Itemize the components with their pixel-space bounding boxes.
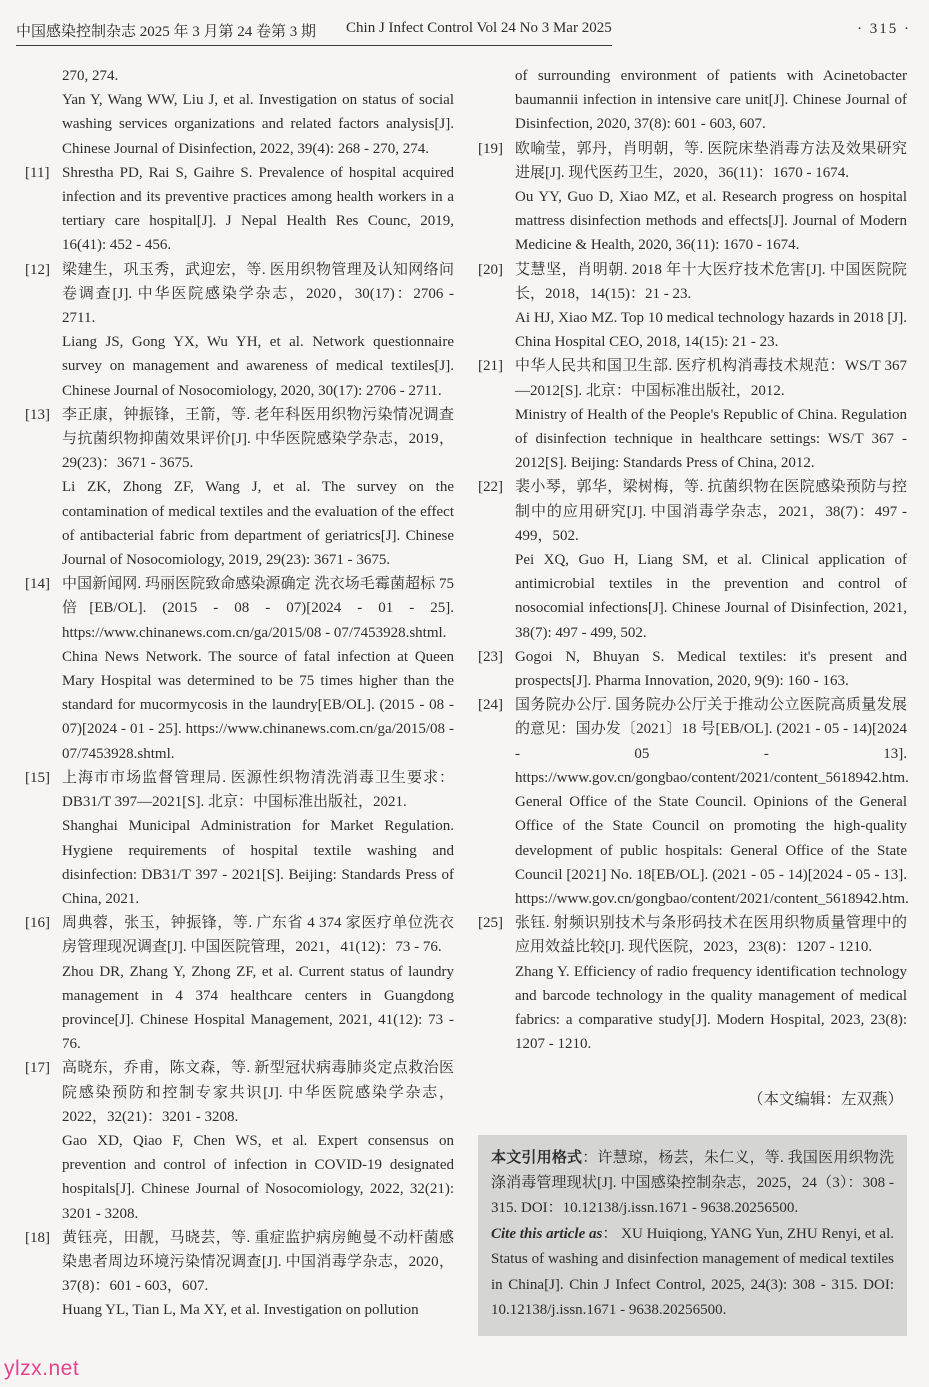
right-column-refs: of surrounding environment of patients w… — [478, 64, 907, 1056]
reference-text: 上海市市场监督管理局. 医源性织物清洗消毒卫生要求：DB31/T 397—202… — [62, 766, 454, 814]
reference-item: [21]中华人民共和国卫生部. 医疗机构消毒技术规范：WS/T 367—2012… — [478, 354, 907, 475]
reference-text: 张钰. 射频识别技术与条形码技术在医用织物质量管理中的应用效益比较[J]. 现代… — [515, 911, 907, 959]
reference-body: 欧喻莹，郭丹，肖明朝，等. 医院床垫消毒方法及效果研究进展[J]. 现代医药卫生… — [515, 137, 907, 258]
reference-body: 中国新闻网. 玛丽医院致命感染源确定 洗衣场毛霉菌超标 75 倍[EB/OL].… — [62, 572, 454, 766]
reference-columns: 270, 274.Yan Y, Wang WW, Liu J, et al. I… — [25, 64, 907, 1336]
reference-item: 270, 274.Yan Y, Wang WW, Liu J, et al. I… — [25, 64, 454, 161]
reference-text: Li ZK, Zhong ZF, Wang J, et al. The surv… — [62, 475, 454, 572]
left-column: 270, 274.Yan Y, Wang WW, Liu J, et al. I… — [25, 64, 454, 1336]
reference-text: 裴小琴，郭华，梁树梅，等. 抗菌织物在医院感染预防与控制中的应用研究[J]. 中… — [515, 475, 907, 548]
site-watermark: ylzx.net — [4, 1357, 79, 1381]
reference-number: [21] — [478, 354, 515, 475]
reference-number: [13] — [25, 403, 62, 572]
reference-text: 270, 274. — [62, 64, 454, 88]
reference-body: 周典蓉，张玉，钟振锋，等. 广东省 4 374 家医疗单位洗衣房管理现况调查[J… — [62, 911, 454, 1056]
reference-text: 周典蓉，张玉，钟振锋，等. 广东省 4 374 家医疗单位洗衣房管理现况调查[J… — [62, 911, 454, 959]
reference-item: [17]高晓东，乔甫，陈文森，等. 新型冠状病毒肺炎定点救治医院感染预防和控制专… — [25, 1056, 454, 1225]
reference-text: Zhou DR, Zhang Y, Zhong ZF, et al. Curre… — [62, 960, 454, 1057]
reference-number: [11] — [25, 161, 62, 258]
reference-item: [23]Gogoi N, Bhuyan S. Medical textiles:… — [478, 645, 907, 693]
reference-item: [13]李正康，钟振锋，王箭，等. 老年科医用织物污染情况调查与抗菌织物抑菌效果… — [25, 403, 454, 572]
reference-number: [25] — [478, 911, 515, 1056]
reference-item: [24]国务院办公厅. 国务院办公厅关于推动公立医院高质量发展的意见：国办发〔2… — [478, 693, 907, 911]
reference-item: [22]裴小琴，郭华，梁树梅，等. 抗菌织物在医院感染预防与控制中的应用研究[J… — [478, 475, 907, 644]
reference-item: [18]黄钰亮，田靓，马晓芸，等. 重症监护病房鲍曼不动杆菌感染患者周边环境污染… — [25, 1226, 454, 1323]
reference-number: [20] — [478, 258, 515, 355]
reference-number — [25, 64, 62, 161]
reference-text: 高晓东，乔甫，陈文森，等. 新型冠状病毒肺炎定点救治医院感染预防和控制专家共识[… — [62, 1056, 454, 1129]
reference-item: [19]欧喻莹，郭丹，肖明朝，等. 医院床垫消毒方法及效果研究进展[J]. 现代… — [478, 137, 907, 258]
reference-item: [16]周典蓉，张玉，钟振锋，等. 广东省 4 374 家医疗单位洗衣房管理现况… — [25, 911, 454, 1056]
reference-body: 裴小琴，郭华，梁树梅，等. 抗菌织物在医院感染预防与控制中的应用研究[J]. 中… — [515, 475, 907, 644]
reference-number: [19] — [478, 137, 515, 258]
reference-number: [22] — [478, 475, 515, 644]
journal-title-en: Chin J Infect Control Vol 24 No 3 Mar 20… — [346, 20, 612, 41]
reference-text: Shanghai Municipal Administration for Ma… — [62, 814, 454, 911]
reference-body: 艾慧坚，肖明朝. 2018 年十大医疗技术危害[J]. 中国医院院长，2018，… — [515, 258, 907, 355]
running-head: 中国感染控制杂志 2025 年 3 月第 24 卷第 3 期 Chin J In… — [16, 20, 612, 46]
reference-text: Ai HJ, Xiao MZ. Top 10 medical technolog… — [515, 306, 907, 354]
reference-number: [18] — [25, 1226, 62, 1323]
reference-text: Ministry of Health of the People's Repub… — [515, 403, 907, 476]
reference-text: Ou YY, Guo D, Xiao MZ, et al. Research p… — [515, 185, 907, 258]
editor-note: （本文编辑：左双燕） — [478, 1088, 907, 1112]
citation-en: Cite this article as： XU Huiqiong, YANG … — [491, 1222, 894, 1324]
citation-cn: 本文引用格式：许慧琼，杨芸，朱仁义，等. 我国医用织物洗涤消毒管理现状[J]. … — [491, 1146, 894, 1222]
reference-text: 中国新闻网. 玛丽医院致命感染源确定 洗衣场毛霉菌超标 75 倍[EB/OL].… — [62, 572, 454, 645]
citation-cn-label: 本文引用格式 — [491, 1150, 582, 1166]
reference-text: Zhang Y. Efficiency of radio frequency i… — [515, 960, 907, 1057]
reference-body: Gogoi N, Bhuyan S. Medical textiles: it'… — [515, 645, 907, 693]
reference-text: China News Network. The source of fatal … — [62, 645, 454, 766]
reference-body: of surrounding environment of patients w… — [515, 64, 907, 137]
reference-text: of surrounding environment of patients w… — [515, 64, 907, 137]
page-number: · 315 · — [857, 20, 911, 38]
reference-number: [14] — [25, 572, 62, 766]
reference-number: [15] — [25, 766, 62, 911]
reference-item: [15]上海市市场监督管理局. 医源性织物清洗消毒卫生要求：DB31/T 397… — [25, 766, 454, 911]
reference-number: [23] — [478, 645, 515, 693]
reference-text: Huang YL, Tian L, Ma XY, et al. Investig… — [62, 1298, 454, 1322]
citation-box: 本文引用格式：许慧琼，杨芸，朱仁义，等. 我国医用织物洗涤消毒管理现状[J]. … — [478, 1135, 907, 1337]
reference-body: 270, 274.Yan Y, Wang WW, Liu J, et al. I… — [62, 64, 454, 161]
reference-text: 艾慧坚，肖明朝. 2018 年十大医疗技术危害[J]. 中国医院院长，2018，… — [515, 258, 907, 306]
reference-text: Pei XQ, Guo H, Liang SM, et al. Clinical… — [515, 548, 907, 645]
journal-title-cn: 中国感染控制杂志 2025 年 3 月第 24 卷第 3 期 — [16, 20, 316, 41]
reference-body: 梁建生，巩玉秀，武迎宏，等. 医用织物管理及认知网络问卷调查[J]. 中华医院感… — [62, 258, 454, 403]
reference-body: 李正康，钟振锋，王箭，等. 老年科医用织物污染情况调查与抗菌织物抑菌效果评价[J… — [62, 403, 454, 572]
reference-body: 张钰. 射频识别技术与条形码技术在医用织物质量管理中的应用效益比较[J]. 现代… — [515, 911, 907, 1056]
reference-body: 上海市市场监督管理局. 医源性织物清洗消毒卫生要求：DB31/T 397—202… — [62, 766, 454, 911]
reference-body: 国务院办公厅. 国务院办公厅关于推动公立医院高质量发展的意见：国办发〔2021〕… — [515, 693, 907, 911]
page-header: 中国感染控制杂志 2025 年 3 月第 24 卷第 3 期 Chin J In… — [16, 20, 911, 46]
reference-body: 中华人民共和国卫生部. 医疗机构消毒技术规范：WS/T 367—2012[S].… — [515, 354, 907, 475]
journal-page: 中国感染控制杂志 2025 年 3 月第 24 卷第 3 期 Chin J In… — [0, 0, 929, 1387]
reference-text: Shrestha PD, Rai S, Gaihre S. Prevalence… — [62, 161, 454, 258]
reference-text: Gao XD, Qiao F, Chen WS, et al. Expert c… — [62, 1129, 454, 1226]
reference-text: 欧喻莹，郭丹，肖明朝，等. 医院床垫消毒方法及效果研究进展[J]. 现代医药卫生… — [515, 137, 907, 185]
reference-item: [12]梁建生，巩玉秀，武迎宏，等. 医用织物管理及认知网络问卷调查[J]. 中… — [25, 258, 454, 403]
reference-text: Gogoi N, Bhuyan S. Medical textiles: it'… — [515, 645, 907, 693]
reference-text: Liang JS, Gong YX, Wu YH, et al. Network… — [62, 330, 454, 403]
reference-item: [11]Shrestha PD, Rai S, Gaihre S. Preval… — [25, 161, 454, 258]
reference-text: 中华人民共和国卫生部. 医疗机构消毒技术规范：WS/T 367—2012[S].… — [515, 354, 907, 402]
reference-text: 李正康，钟振锋，王箭，等. 老年科医用织物污染情况调查与抗菌织物抑菌效果评价[J… — [62, 403, 454, 476]
reference-body: 黄钰亮，田靓，马晓芸，等. 重症监护病房鲍曼不动杆菌感染患者周边环境污染情况调查… — [62, 1226, 454, 1323]
reference-text: 梁建生，巩玉秀，武迎宏，等. 医用织物管理及认知网络问卷调查[J]. 中华医院感… — [62, 258, 454, 331]
reference-number: [16] — [25, 911, 62, 1056]
reference-number: [12] — [25, 258, 62, 403]
reference-text: 国务院办公厅. 国务院办公厅关于推动公立医院高质量发展的意见：国办发〔2021〕… — [515, 693, 907, 790]
reference-text: General Office of the State Council. Opi… — [515, 790, 907, 911]
reference-text: Yan Y, Wang WW, Liu J, et al. Investigat… — [62, 88, 454, 161]
reference-item: [25]张钰. 射频识别技术与条形码技术在医用织物质量管理中的应用效益比较[J]… — [478, 911, 907, 1056]
reference-number: [17] — [25, 1056, 62, 1225]
reference-body: Shrestha PD, Rai S, Gaihre S. Prevalence… — [62, 161, 454, 258]
reference-text: 黄钰亮，田靓，马晓芸，等. 重症监护病房鲍曼不动杆菌感染患者周边环境污染情况调查… — [62, 1226, 454, 1299]
reference-number: [24] — [478, 693, 515, 911]
reference-item: [20]艾慧坚，肖明朝. 2018 年十大医疗技术危害[J]. 中国医院院长，2… — [478, 258, 907, 355]
citation-en-label: Cite this article as — [491, 1226, 602, 1242]
reference-item: of surrounding environment of patients w… — [478, 64, 907, 137]
reference-body: 高晓东，乔甫，陈文森，等. 新型冠状病毒肺炎定点救治医院感染预防和控制专家共识[… — [62, 1056, 454, 1225]
left-column-refs: 270, 274.Yan Y, Wang WW, Liu J, et al. I… — [25, 64, 454, 1323]
reference-item: [14]中国新闻网. 玛丽医院致命感染源确定 洗衣场毛霉菌超标 75 倍[EB/… — [25, 572, 454, 766]
reference-number — [478, 64, 515, 137]
right-column: of surrounding environment of patients w… — [478, 64, 907, 1336]
